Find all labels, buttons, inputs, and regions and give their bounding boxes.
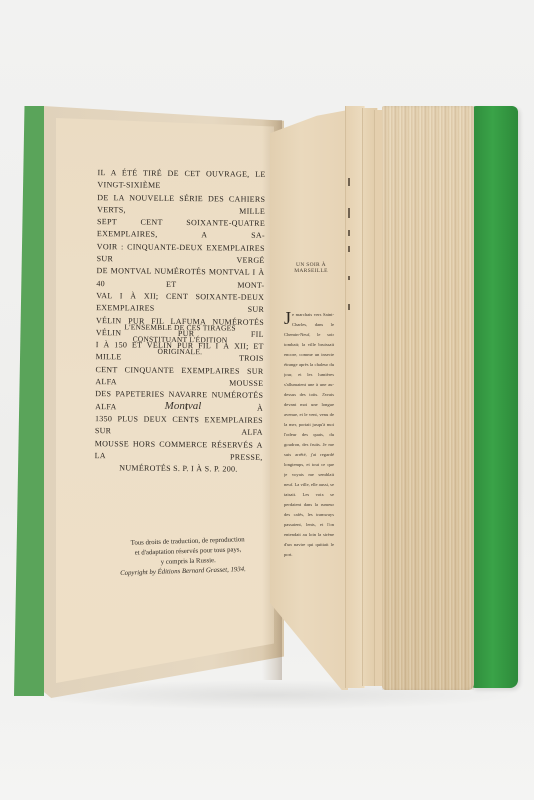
justification-line: MOUSSE HORS COMMERCE RÉSERVÉS A LA PRESS… <box>95 438 263 464</box>
justification-line: VAL I À XII; CENT SOIXANTE-DEUX EXEMPLAI… <box>96 290 264 316</box>
ensemble-line: L'ENSEMBLE DE CES TIRAGES CONSTITUANT L'… <box>96 321 264 347</box>
rights-notice: Tous droits de traduction, de reproducti… <box>108 534 269 569</box>
justification-line: SEPT CENT SOIXANTE-QUATRE EXEMPLAIRES, A… <box>97 216 265 242</box>
justification-line: DE LA NOUVELLE SÉRIE DES CAHIERS VERTS, … <box>97 192 265 218</box>
original-edition-note: L'ENSEMBLE DE CES TIRAGES CONSTITUANT L'… <box>96 321 264 359</box>
deckled-page-edges <box>382 106 474 690</box>
drop-cap: J <box>284 310 291 326</box>
back-cover <box>472 106 518 688</box>
justification-line: VOIR : CINQUANTE-DEUX EXEMPLAIRES SUR VE… <box>97 241 265 267</box>
ensemble-line: ORIGINALE. <box>96 345 264 359</box>
imprint-montval: Montval <box>148 400 218 412</box>
chapter-opening-text: J e marchais vers Saint-Charles, dans le… <box>284 310 334 570</box>
justification-line: NUMÉROTÉS S. P. I À S. P. 200. <box>94 462 262 476</box>
justification-line: DE MONTVAL NUMÉROTÉS MONTVAL I À 40 ET M… <box>96 265 264 291</box>
body-text: e marchais vers Saint-Charles, dans le C… <box>284 312 334 557</box>
justification-line: 1350 PLUS DEUX CENTS EXEMPLAIRES SUR ALF… <box>95 413 263 439</box>
front-cover-edge <box>14 106 44 696</box>
justification-line: IL A ÉTÉ TIRÉ DE CET OUVRAGE, LE VINGT-S… <box>97 167 265 193</box>
page-edge-text-marks <box>346 178 352 318</box>
justification-line: CENT CINQUANTE EXEMPLAIRES SUR ALFA MOUS… <box>95 364 263 390</box>
chapter-title: UN SOIR À MARSEILLE <box>288 262 334 274</box>
photo-scene: IL A ÉTÉ TIRÉ DE CET OUVRAGE, LE VINGT-S… <box>0 0 534 800</box>
